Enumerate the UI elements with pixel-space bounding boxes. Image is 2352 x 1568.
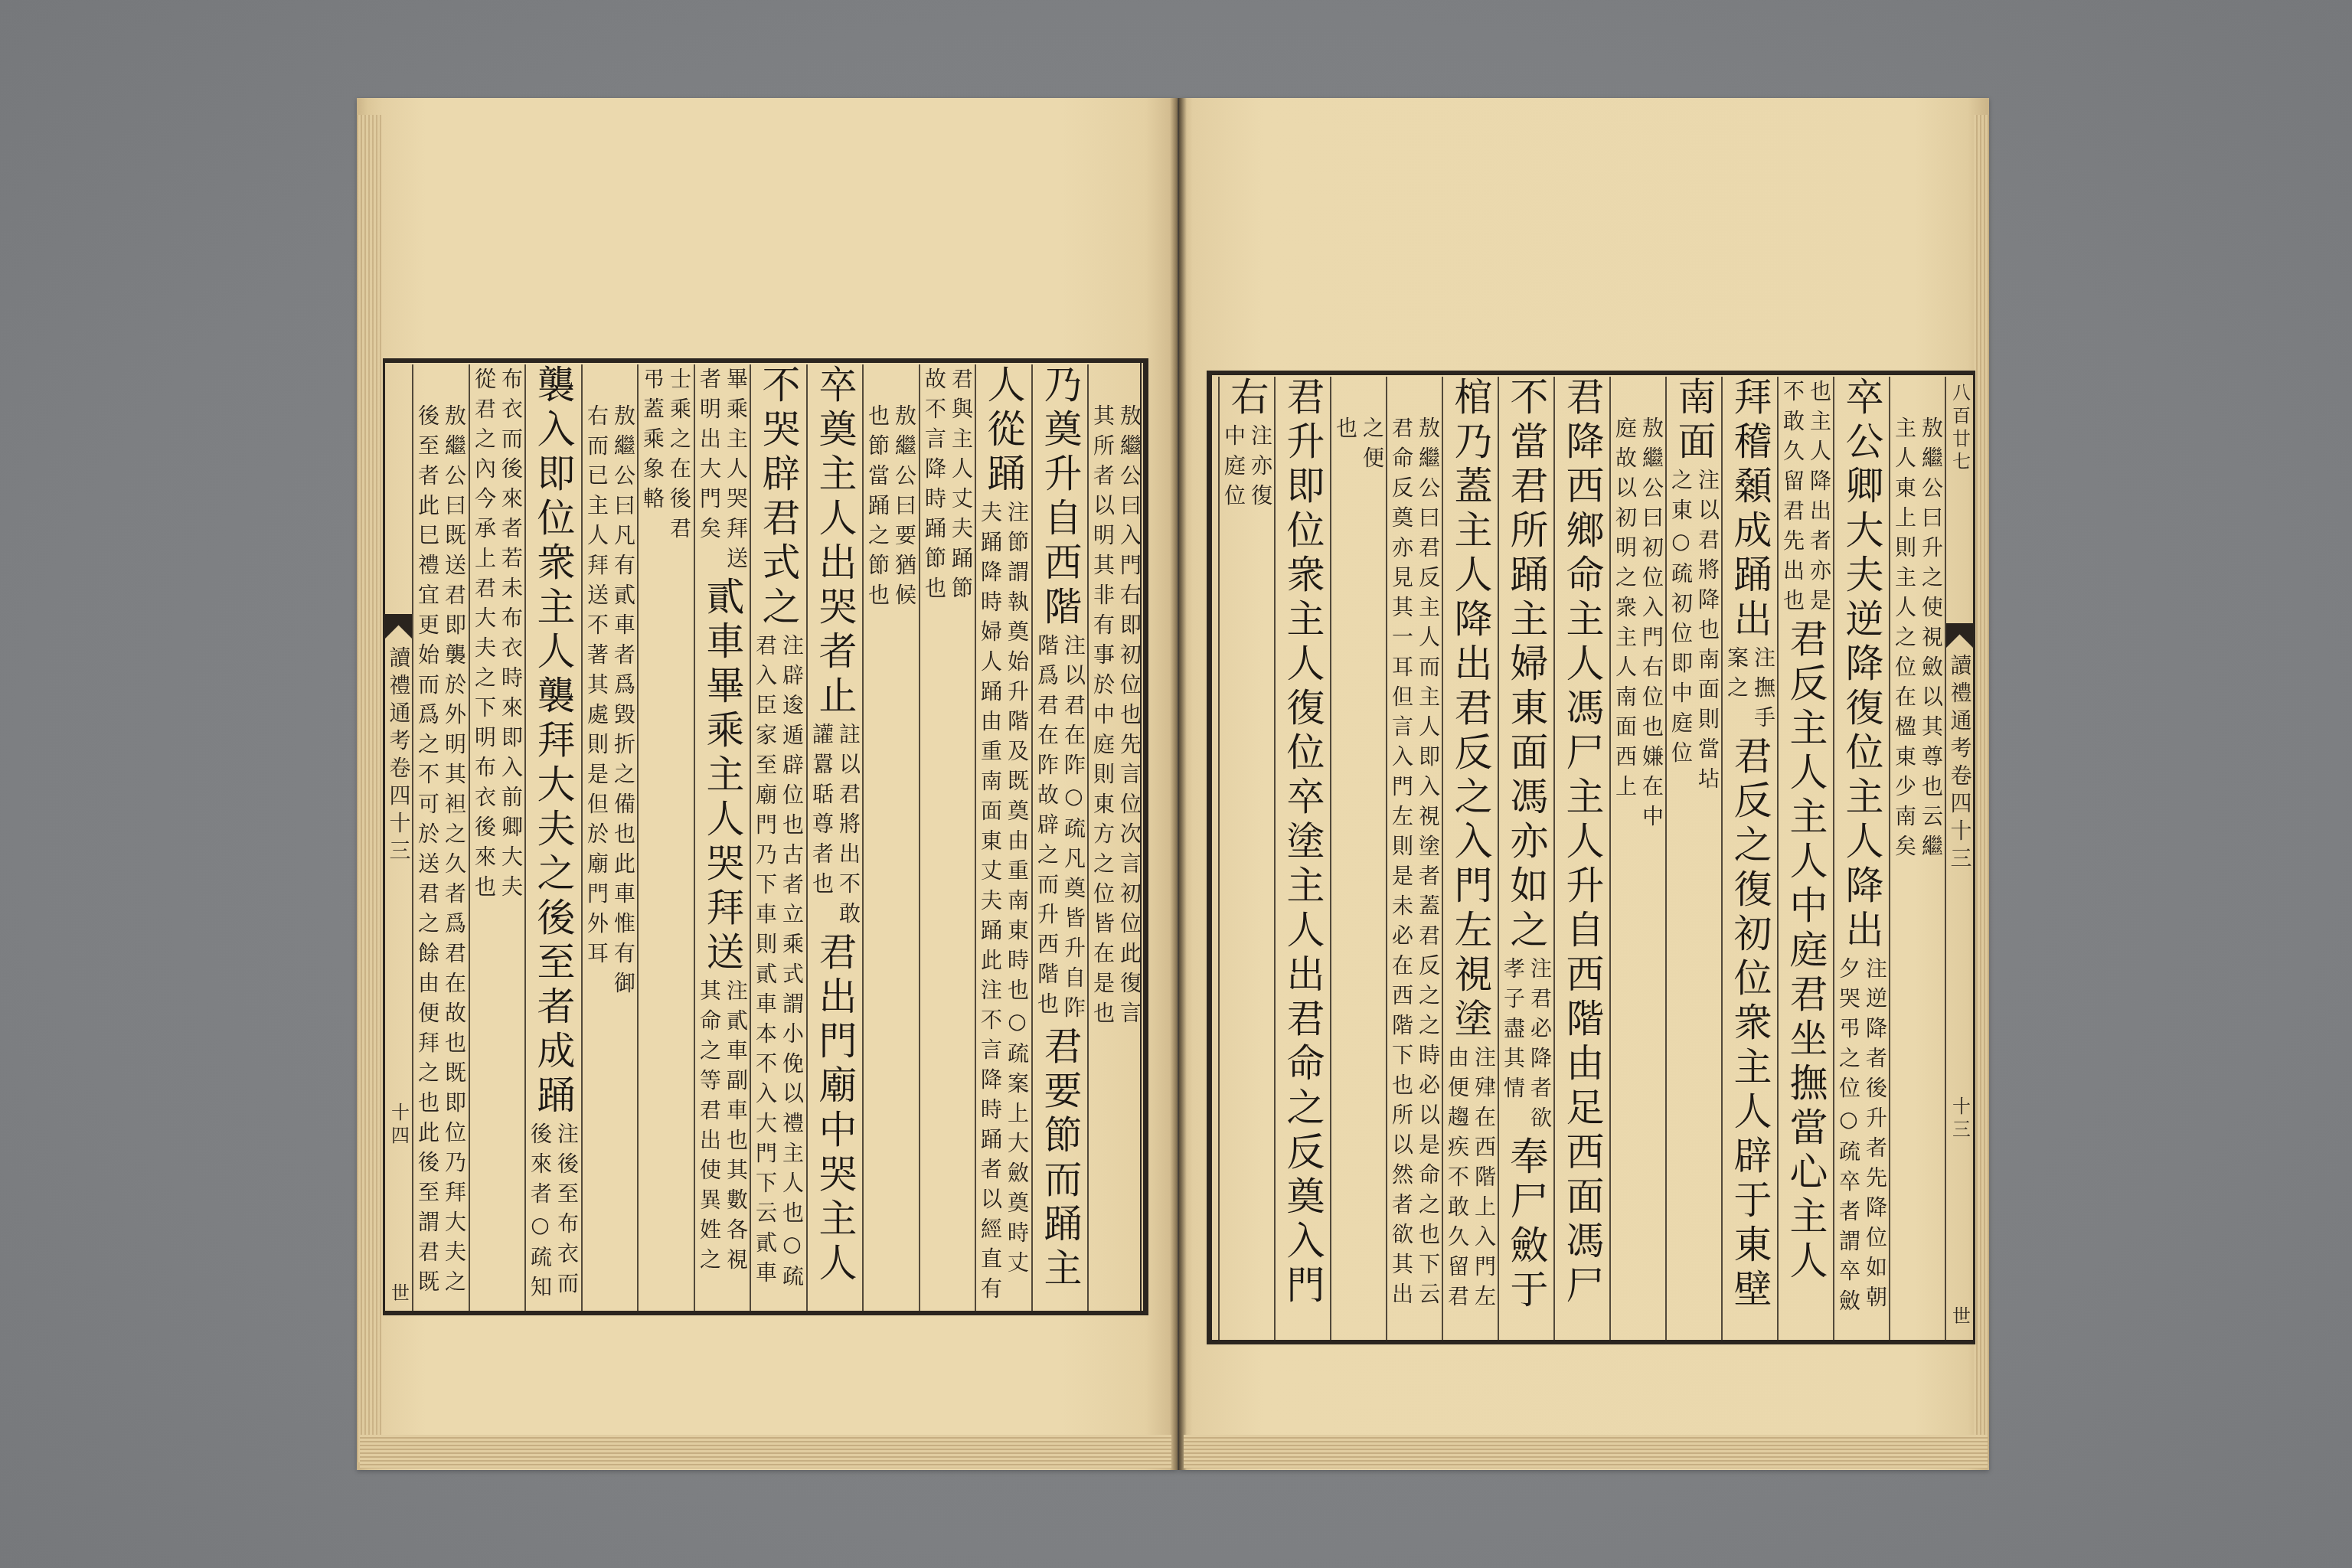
main-text: 卒奠主人出哭者止 xyxy=(812,364,858,720)
commentary-note: 注後至布衣而 後來者○疏知 xyxy=(528,1122,579,1305)
note-line-left: 君命反奠亦見其一耳但言入門左則是未必在西階下也所以然者欲其出 xyxy=(1389,416,1413,1312)
note-line-right: 注後至布衣而 xyxy=(554,1122,579,1305)
main-text: 拜稽顙成踊出 xyxy=(1727,377,1773,643)
text-column: 敖繼公曰初位入門右位也嫌在中 庭故以初明之衆主人南面西上 xyxy=(1609,377,1665,1340)
note-line-left: 孝子盡其情 xyxy=(1501,957,1525,1136)
text-column: 乃奠升自西階 注以君在阼○疏凡奠皆升自阼 階爲君在阼故辟之而升西階也 君要節而踊… xyxy=(1031,364,1087,1311)
note-line-left: 其所者以明其非有事於中庭則東方之位皆在是也 xyxy=(1090,404,1115,1031)
left-page-stack-edge xyxy=(357,115,381,1462)
text-column: 君升即位衆主人復位卒塗主人出君命之反奠入門 xyxy=(1274,377,1330,1340)
note-line-left: 夫踊降時婦人踊由重南面東丈夫踊此注不言降時踊者以經直有 xyxy=(978,501,1002,1307)
book-title-spine: 讀禮通考卷四十三 xyxy=(387,646,411,867)
commentary-note: 注節謂執奠始升階及既奠由重南東時也○疏案上大斂奠時丈 夫踊降時婦人踊由重南面東丈… xyxy=(978,501,1029,1307)
note-line-right: 注貳車副車也其數各視 xyxy=(724,979,748,1278)
note-line-right: 注逆降者後升者先降位如朝 xyxy=(1863,957,1887,1319)
leaf-number: 十三 xyxy=(1949,1096,1971,1142)
note-line-left: 不敢久留君先出也 xyxy=(1780,380,1805,619)
note-line-left: 從君之內今承上君大夫之下明布衣後來也 xyxy=(472,367,496,905)
left-fold-column: 讀禮通考卷四十三 十四 世 xyxy=(385,364,412,1311)
main-text: 棺乃蓋主人降出君反之入門左視塗 xyxy=(1448,377,1494,1043)
note-line-left: 後至者此巳禮宜更始而爲之不可於送君之餘由便拜之也此後至謂君既 xyxy=(415,404,439,1300)
right-page-stack-edge xyxy=(1974,115,1989,1462)
note-line-right: 之便 xyxy=(1360,416,1384,476)
commentary-note: 注君必降者欲 孝子盡其情 xyxy=(1501,957,1552,1136)
note-line-right: 注撫手 xyxy=(1751,646,1775,736)
commentary-note: 布衣而後來者若未布衣時來即入前卿大夫 從君之內今承上君大夫之下明布衣後來也 xyxy=(472,367,523,905)
note-line-right: 敖繼公曰入門右即初位也先言位次言初位此復言 xyxy=(1117,404,1142,1031)
note-line-right: 敖繼公曰初位入門右位也嫌在中 xyxy=(1639,416,1664,835)
text-column: 君降西鄉命主人馮尸主人升自西階由足西面馮尸 xyxy=(1553,377,1609,1340)
note-line-right: 注肂在西階上入門左 xyxy=(1472,1046,1496,1315)
text-column: 布衣而後來者若未布衣時來即入前卿大夫 從君之內今承上君大夫之下明布衣後來也 xyxy=(469,364,524,1311)
text-column: 敖繼公曰要猶候 也節當踊之節也 xyxy=(862,364,918,1311)
commentary-note: 敖繼公曰升之使視斂以其尊也云繼 主人東上則主人之位在楹東少南矣 xyxy=(1892,416,1943,864)
note-line-left: 弔蓋乘象輅 xyxy=(640,367,665,547)
note-line-left: 主人東上則主人之位在楹東少南矣 xyxy=(1892,416,1916,864)
note-line-left: 君入臣家至廟門乃下車則貳車本不入大門下云貳車 xyxy=(753,634,777,1295)
text-column: 敖繼公曰既送君即襲於外明其袒之久者爲君在故也既即位乃拜大夫之 後至者此巳禮宜更始… xyxy=(412,364,468,1311)
text-column: 士乘之在後君 弔蓋乘象輅 xyxy=(637,364,693,1311)
note-line-left: 也節當踊之節也 xyxy=(865,404,890,613)
book-title-spine: 讀禮通考卷四十三 xyxy=(1948,654,1972,874)
note-line-right: 注辟逡遁辟位也古者立乘式謂小俛以禮主人也○疏 xyxy=(779,634,804,1295)
main-text: 南面 xyxy=(1671,377,1717,465)
note-line-left: 之東○疏初位即中庭位 xyxy=(1668,469,1693,797)
note-line-right: 君與主人丈夫踊節 xyxy=(949,367,973,606)
note-line-left: 中庭位 xyxy=(1221,424,1246,514)
note-line-right: 注以君將降也南面則當坫 xyxy=(1695,469,1720,797)
main-text: 右 xyxy=(1224,377,1270,421)
main-text: 君升即位衆主人復位卒塗主人出君命之反奠入門 xyxy=(1280,377,1326,1309)
count-mark: 八百廿七 xyxy=(1949,383,1971,475)
commentary-note: 也主人降出者亦是 不敢久留君先出也 xyxy=(1780,380,1831,619)
text-column: 右 注亦復 中庭位 xyxy=(1218,377,1274,1340)
right-fold-column: 八百廿七 讀禮通考卷四十三 十三 世 xyxy=(1945,377,1973,1340)
main-text: 貳車畢乘主人哭拜送 xyxy=(700,577,746,976)
note-line-left: 後來者○疏知 xyxy=(528,1122,552,1305)
text-column: 也主人降出者亦是 不敢久留君先出也 君反主人主人中庭君坐撫當心主人 xyxy=(1777,377,1833,1340)
main-text: 卒公卿大夫逆降復位主人降出 xyxy=(1839,377,1885,954)
commentary-note: 敖繼公曰初位入門右位也嫌在中 庭故以初明之衆主人南面西上 xyxy=(1612,416,1664,835)
commentary-note: 敖繼公曰入門右即初位也先言位次言初位此復言 其所者以明其非有事於中庭則東方之位皆… xyxy=(1090,404,1142,1031)
note-line-right: 也主人降出者亦是 xyxy=(1807,380,1831,619)
text-column: 南面 注以君將降也南面則當坫 之東○疏初位即中庭位 xyxy=(1665,377,1721,1340)
text-column: 畢乘主人哭拜送 者明出大門矣 貳車畢乘主人哭拜送 注貳車副車也其數各視 其命之等… xyxy=(694,364,750,1311)
commentary-note: 畢乘主人哭拜送 者明出大門矣 xyxy=(697,367,748,577)
text-column: 人從踊 注節謂執奠始升階及既奠由重南東時也○疏案上大斂奠時丈 夫踊降時婦人踊由重… xyxy=(975,364,1031,1311)
main-text: 君降西鄉命主人馮尸主人升自西階由足西面馮尸 xyxy=(1560,377,1606,1309)
note-line-right: 注節謂執奠始升階及既奠由重南東時也○疏案上大斂奠時丈 xyxy=(1004,501,1029,1307)
main-text: 乃奠升自西階 xyxy=(1037,364,1083,631)
note-line-right: 士乘之在後君 xyxy=(667,367,691,547)
note-line-left: 故不言降時踊節也 xyxy=(922,367,946,606)
commentary-note: 注逆降者後升者先降位如朝 夕哭弔之位○疏卒者謂卒斂 xyxy=(1836,957,1887,1319)
commentary-note: 注辟逡遁辟位也古者立乘式謂小俛以禮主人也○疏 君入臣家至廟門乃下車則貳車本不入大… xyxy=(753,634,804,1295)
fish-tail-mark xyxy=(1946,623,1973,648)
note-line-right: 注以君在阼○疏凡奠皆升自阼 xyxy=(1061,634,1086,1026)
text-column: 棺乃蓋主人降出君反之入門左視塗 注肂在西階上入門左 由便趨疾不敢久留君 xyxy=(1442,377,1498,1340)
main-text: 不當君所踊主婦東面馮亦如之 xyxy=(1504,377,1550,954)
text-column: 君與主人丈夫踊節 故不言降時踊節也 xyxy=(919,364,975,1311)
commentary-note: 之便 也 xyxy=(1333,416,1384,476)
commentary-note: 註以君將出不敢 讙囂聒尊者也 xyxy=(809,723,861,932)
main-text: 君反主人主人中庭君坐撫當心主人 xyxy=(1783,619,1829,1285)
right-page-bottom-edge xyxy=(1184,1435,1988,1468)
commentary-note: 注撫手 案之 xyxy=(1724,646,1775,736)
main-text: 君出門廟中哭主人 xyxy=(812,932,858,1287)
main-text: 奉尸斂于 xyxy=(1504,1136,1550,1314)
text-column: 敖繼公曰凡有貳車者爲毀折之備也此車惟有御 右而已主人拜送不著其處則是但於廟門外耳 xyxy=(581,364,637,1311)
text-column: 不哭辟君式之 注辟逡遁辟位也古者立乘式謂小俛以禮主人也○疏 君入臣家至廟門乃下車… xyxy=(750,364,805,1311)
main-text: 人從踊 xyxy=(981,364,1027,498)
note-line-right: 敖繼公曰升之使視斂以其尊也云繼 xyxy=(1919,416,1943,864)
commentary-note: 敖繼公曰既送君即襲於外明其袒之久者爲君在故也既即位乃拜大夫之 後至者此巳禮宜更始… xyxy=(415,404,466,1300)
commentary-note: 注以君在阼○疏凡奠皆升自阼 階爲君在阼故辟之而升西階也 xyxy=(1034,634,1086,1026)
text-column: 拜稽顙成踊出 注撫手 案之 君反之復初位衆主人辟于東壁 xyxy=(1721,377,1777,1340)
note-line-left: 夕哭弔之位○疏卒者謂卒斂 xyxy=(1836,957,1860,1319)
note-line-right: 畢乘主人哭拜送 xyxy=(724,367,748,577)
book-gutter xyxy=(1170,98,1187,1470)
main-text: 不哭辟君式之 xyxy=(756,364,802,631)
text-column: 敖繼公曰君反主人而主人即入視塗者蓋君反之之時必以是命之也下云 君命反奠亦見其一耳… xyxy=(1386,377,1442,1340)
commentary-note: 敖繼公曰凡有貳車者爲毀折之備也此車惟有御 右而已主人拜送不著其處則是但於廟門外耳 xyxy=(584,404,635,1001)
main-text: 君反之復初位衆主人辟于東壁 xyxy=(1727,736,1773,1313)
text-column: 不當君所踊主婦東面馮亦如之 注君必降者欲 孝子盡其情 奉尸斂于 xyxy=(1498,377,1553,1340)
publisher-mark: 世 xyxy=(1949,1306,1971,1329)
fish-tail-mark xyxy=(385,614,412,639)
note-line-right: 敖繼公曰既送君即襲於外明其袒之久者爲君在故也既即位乃拜大夫之 xyxy=(442,404,466,1300)
text-column: 卒公卿大夫逆降復位主人降出 注逆降者後升者先降位如朝 夕哭弔之位○疏卒者謂卒斂 xyxy=(1833,377,1889,1340)
note-line-left: 其命之等君出使異姓之 xyxy=(697,979,721,1278)
text-column: 襲入即位衆主人襲拜大夫之後至者成踊 注後至布衣而 後來者○疏知 xyxy=(524,364,580,1311)
commentary-note: 注肂在西階上入門左 由便趨疾不敢久留君 xyxy=(1445,1046,1496,1315)
commentary-note: 敖繼公曰君反主人而主人即入視塗者蓋君反之之時必以是命之也下云 君命反奠亦見其一耳… xyxy=(1389,416,1440,1312)
main-text: 君要節而踊主 xyxy=(1037,1026,1083,1292)
note-line-right: 布衣而後來者若未布衣時來即入前卿大夫 xyxy=(498,367,523,905)
leaf-number: 十四 xyxy=(388,1102,410,1148)
note-line-left: 右而已主人拜送不著其處則是但於廟門外耳 xyxy=(584,404,609,1001)
commentary-note: 注亦復 中庭位 xyxy=(1221,424,1272,514)
note-line-right: 敖繼公曰要猶候 xyxy=(892,404,916,613)
note-line-left: 案之 xyxy=(1724,646,1749,736)
note-line-right: 注亦復 xyxy=(1248,424,1272,514)
text-column: 卒奠主人出哭者止 註以君將出不敢 讙囂聒尊者也 君出門廟中哭主人 xyxy=(806,364,862,1311)
commentary-note: 君與主人丈夫踊節 故不言降時踊節也 xyxy=(922,367,973,606)
note-line-left: 由便趨疾不敢久留君 xyxy=(1445,1046,1469,1315)
publisher-mark: 世 xyxy=(388,1283,410,1306)
note-line-left: 階爲君在阼故辟之而升西階也 xyxy=(1034,634,1059,1026)
note-line-left: 者明出大門矣 xyxy=(697,367,721,577)
note-line-left: 讙囂聒尊者也 xyxy=(809,723,834,932)
commentary-note: 敖繼公曰要猶候 也節當踊之節也 xyxy=(865,404,916,613)
note-line-right: 敖繼公曰君反主人而主人即入視塗者蓋君反之之時必以是命之也下云 xyxy=(1416,416,1440,1312)
text-column: 敖繼公曰升之使視斂以其尊也云繼 主人東上則主人之位在楹東少南矣 xyxy=(1889,377,1945,1340)
note-line-right: 敖繼公曰凡有貳車者爲毀折之備也此車惟有御 xyxy=(611,404,635,1001)
note-line-left: 也 xyxy=(1333,416,1357,476)
commentary-note: 士乘之在後君 弔蓋乘象輅 xyxy=(640,367,691,547)
commentary-note: 注貳車副車也其數各視 其命之等君出使異姓之 xyxy=(697,979,748,1278)
note-line-right: 註以君將出不敢 xyxy=(836,723,861,932)
left-page-bottom-edge xyxy=(360,1435,1171,1468)
main-text: 襲入即位衆主人襲拜大夫之後至者成踊 xyxy=(531,364,577,1119)
commentary-note: 注以君將降也南面則當坫 之東○疏初位即中庭位 xyxy=(1668,469,1720,797)
text-column: 敖繼公曰入門右即初位也先言位次言初位此復言 其所者以明其非有事於中庭則東方之位皆… xyxy=(1087,364,1143,1311)
text-column: 之便 也 xyxy=(1330,377,1386,1340)
note-line-left: 庭故以初明之衆主人南面西上 xyxy=(1612,416,1637,835)
note-line-right: 注君必降者欲 xyxy=(1527,957,1552,1136)
